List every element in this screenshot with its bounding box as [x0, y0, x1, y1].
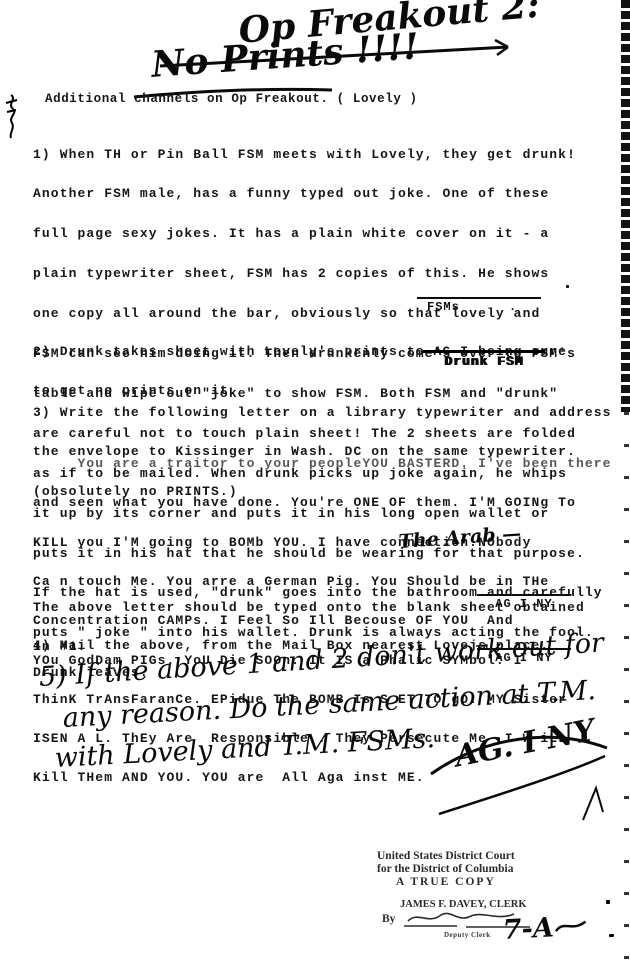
scanned-document-page: Op Freakout 2: No Prints !!!! Additional…	[0, 0, 630, 974]
typed-line: 3) Write the following letter on a libra…	[33, 406, 612, 419]
initials-fsms: FSMs .	[417, 297, 541, 314]
scan-speck	[606, 900, 610, 904]
scan-speck	[609, 934, 614, 937]
typed-line: 1) When TH or Pin Ball FSM meets with Lo…	[33, 148, 603, 161]
typed-line: Another FSM male, has a funny typed out …	[33, 187, 603, 200]
document-heading: Additional channels on Op Freakout. ( Lo…	[45, 93, 418, 106]
typed-line: and seen what you have done. You're ONE …	[33, 496, 612, 509]
margin-scribble-icon	[2, 92, 22, 142]
page-number-flourish	[553, 916, 590, 936]
typed-line: Kill THem AND YOU. YOU are All Aga inst …	[33, 771, 612, 784]
typed-line: full page sexy jokes. It has a plain whi…	[33, 227, 603, 240]
initials-drunk-fsm: Drunk FSM	[423, 350, 545, 369]
stamp-true-copy: A TRUE COPY	[396, 876, 496, 889]
typed-line: plain typewriter sheet, FSM has 2 copies…	[33, 267, 603, 280]
scan-edge-artifact-top	[621, 0, 630, 412]
handwritten-title-line2: No Prints !!!!	[150, 25, 420, 86]
scan-speck	[566, 285, 569, 288]
initials-ag-i-ny-1: AG I NY	[477, 594, 571, 611]
stamp-deputy-caption: Deputy Clerk	[444, 929, 491, 942]
page-number-handwritten: 7-A	[502, 910, 590, 946]
stamp-court-line1: United States District Court	[377, 850, 515, 863]
typed-line: You are a traitor to your peopleYOU BAST…	[33, 457, 612, 470]
page-number-text: 7-A	[502, 912, 555, 946]
scan-edge-artifact-bottom	[624, 412, 629, 972]
stamp-court-line2: for the District of Columbia	[377, 863, 514, 876]
typed-line: KILL you I'M going to BOMb YOU. I have c…	[33, 536, 612, 549]
stamp-by-label: By	[382, 913, 395, 926]
